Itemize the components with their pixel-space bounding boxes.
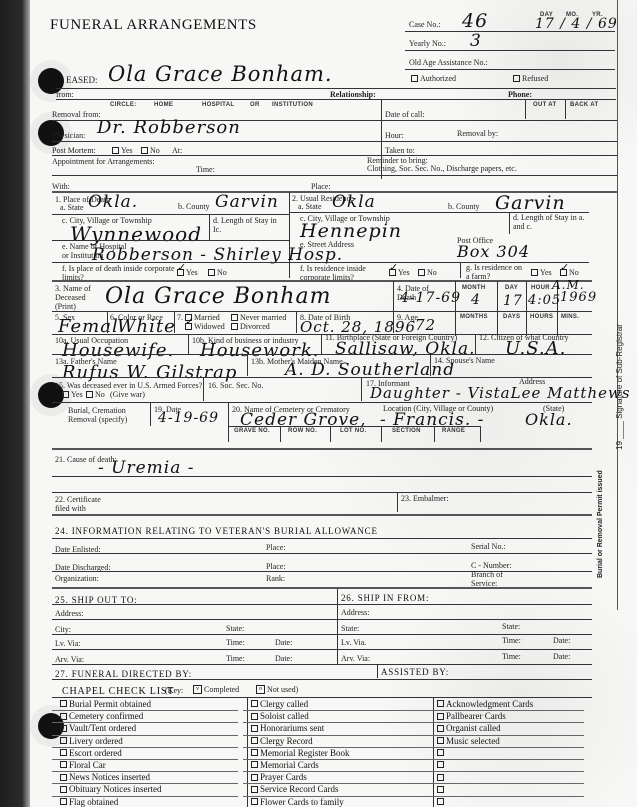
ship-in-arv-via-label: Arv. Via:	[341, 654, 370, 663]
armed-war-label: (Give war)	[110, 390, 145, 399]
checkbox-icon[interactable]	[251, 798, 258, 805]
checklist-label: Livery ordered	[69, 736, 123, 746]
res-state-label: a. State	[298, 202, 322, 211]
ship-in-state-label: State:	[341, 624, 359, 633]
checkbox-icon[interactable]	[437, 725, 444, 732]
res-city-value[interactable]: Hennepin	[300, 220, 402, 242]
checklist-item[interactable]: Floral Car	[60, 760, 106, 770]
checklist-item[interactable]: Vault/Tent ordered	[60, 723, 136, 733]
checklist-label: Flag obtained	[69, 797, 118, 807]
informant-value[interactable]: Daughter - VistaLee Matthews	[370, 384, 631, 402]
res-farm-yes[interactable]: Yes	[531, 268, 552, 277]
checkbox-icon[interactable]	[437, 774, 444, 781]
cause-value[interactable]: - Uremia -	[98, 458, 195, 478]
ship-in-lv-via-label: Lv. Via.	[341, 638, 366, 647]
checkbox-icon[interactable]	[437, 737, 444, 744]
death-stay-label: d. Length of Stay in Ic.	[213, 216, 283, 234]
checkbox-icon[interactable]	[60, 749, 67, 756]
checklist-label: Organist called	[446, 723, 501, 733]
discharged-place-label: Place:	[266, 562, 286, 571]
ship-in-state2-label: State:	[502, 622, 520, 631]
checkbox-icon[interactable]	[437, 749, 444, 756]
checklist-item[interactable]	[437, 760, 446, 770]
checklist-item[interactable]: Service Record Cards	[251, 784, 338, 794]
checkbox-icon[interactable]	[60, 761, 67, 768]
checklist-label: Floral Car	[69, 760, 106, 770]
yearly-no-label: Yearly No.:	[409, 39, 446, 48]
dod-month-header: MONTH	[462, 285, 486, 291]
row-no-header: ROW NO.	[288, 428, 317, 434]
checklist-item[interactable]: News Notices inserted	[60, 772, 150, 782]
ship-in-time2-label: Time:	[502, 652, 521, 661]
death-corporate-yes[interactable]: Yes	[177, 268, 198, 277]
res-farm-label: g. Is residence on a farm?	[466, 263, 526, 281]
place-label: Place:	[311, 182, 331, 191]
armed-no[interactable]: No	[86, 390, 105, 399]
res-state-value[interactable]: Okla	[332, 192, 376, 212]
checkbox-icon[interactable]	[60, 798, 67, 805]
checklist-label: Music selected	[446, 736, 500, 746]
checkbox-icon[interactable]	[251, 761, 258, 768]
appointment-label: Appointment for Arrangements:	[52, 157, 155, 166]
checklist-item[interactable]: Cemetery confirmed	[60, 711, 143, 721]
checklist-item[interactable]: Prayer Cards	[251, 772, 307, 782]
ship-out-address-label: Address:	[55, 609, 83, 618]
res-corporate-no[interactable]: No	[418, 268, 437, 277]
circle-home[interactable]: HOME	[154, 102, 173, 108]
checkbox-icon[interactable]	[251, 713, 258, 720]
enlisted-place-label: Place:	[266, 543, 286, 552]
checklist-key-open: (Key:	[165, 686, 183, 695]
dod-day-header: DAY	[505, 285, 518, 291]
deceased-name-print[interactable]: Ola Grace Bonham	[105, 284, 331, 309]
checklist-label: Escort ordered	[69, 748, 122, 758]
case-no-label: Case No.:	[409, 20, 441, 29]
circle-hospital[interactable]: HOSPITAL	[202, 102, 234, 108]
date-of-call-label: Date of call:	[385, 110, 425, 119]
checkbox-icon[interactable]	[251, 737, 258, 744]
checkbox-icon[interactable]	[60, 713, 67, 720]
marital-divorced[interactable]: Divorced	[231, 322, 270, 331]
checklist-label: Obituary Notices inserted	[69, 784, 161, 794]
removal-by-label: Removal by:	[457, 129, 498, 138]
death-corporate-no[interactable]: No	[208, 268, 227, 277]
res-farm-no[interactable]: No	[560, 268, 579, 277]
taken-to-label: Taken to:	[385, 146, 415, 155]
death-county-value[interactable]: Garvin	[215, 192, 279, 212]
dod-value[interactable]: 4-17-69	[400, 290, 461, 306]
checkbox-icon[interactable]	[251, 725, 258, 732]
checklist-item[interactable]: Memorial Cards	[251, 760, 319, 770]
physician-label: Physician:	[52, 131, 85, 140]
checklist-item[interactable]	[437, 797, 446, 807]
yearly-no-value[interactable]: 3	[470, 31, 482, 51]
checklist-item[interactable]: Burial Permit obtained	[60, 699, 151, 709]
back-at-label: BACK AT	[570, 102, 598, 108]
ship-out-state-label: State:	[226, 624, 244, 633]
ship-out-arv-via-label: Arv. Via:	[55, 655, 84, 664]
age-months-header: MONTHS	[460, 314, 488, 320]
checklist-item[interactable]	[437, 784, 446, 794]
ship-in-date2-label: Date:	[553, 652, 570, 661]
citizen-value[interactable]: U.S.A.	[505, 338, 566, 359]
old-age-label: Old Age Assistance No.:	[409, 58, 488, 67]
post-mortem-yes[interactable]: Yes	[112, 146, 133, 155]
checkbox-icon[interactable]	[60, 774, 67, 781]
branch-label: Branch of Service:	[471, 570, 521, 588]
checklist-item[interactable]: Flag obtained	[60, 797, 118, 807]
marital-never-married[interactable]: Never married	[231, 313, 286, 322]
veteran-heading: 24. INFORMATION RELATING TO VETERAN'S BU…	[55, 526, 378, 536]
res-stay-label: d. Length of Stay in a. and c.	[513, 213, 591, 231]
res-corporate-yes[interactable]: Yes	[389, 268, 410, 277]
death-county-label: b. County	[178, 202, 210, 211]
checkbox-icon[interactable]	[437, 700, 444, 707]
ship-out-city-label: City:	[55, 625, 71, 634]
death-state-value[interactable]: Okla.	[88, 192, 138, 212]
grave-no-header: GRAVE NO.	[234, 428, 270, 434]
checkbox-icon[interactable]	[251, 786, 258, 793]
dod-hour-value[interactable]: 4:05	[528, 293, 561, 308]
ship-in-time1-label: Time:	[502, 636, 521, 645]
case-no-value[interactable]: 46	[462, 10, 488, 32]
checkbox-icon[interactable]	[437, 713, 444, 720]
form-title: FUNERAL ARRANGEMENTS	[50, 17, 257, 34]
age-mins-header: MINS.	[561, 314, 579, 320]
checklist-item[interactable]: Pallbearer Cards	[437, 711, 506, 721]
checkbox-icon[interactable]	[437, 786, 444, 793]
dod-day-value[interactable]: 17	[503, 293, 523, 309]
ship-in-heading: 26. SHIP IN FROM:	[341, 593, 429, 603]
at-label: At:	[172, 146, 182, 155]
checklist-item[interactable]: Music selected	[437, 736, 500, 746]
lot-no-header: LOT NO.	[340, 428, 366, 434]
rank-label: Rank:	[266, 574, 285, 583]
res-street-label: e. Street Address	[300, 240, 354, 249]
ship-out-time2-label: Time:	[226, 654, 245, 663]
deceased-label: EASED:	[66, 76, 98, 85]
checklist-label: News Notices inserted	[69, 772, 150, 782]
circle-or: OR	[250, 102, 260, 108]
post-mortem-no[interactable]: No	[141, 146, 160, 155]
checklist-item[interactable]: Flower Cards to family	[251, 797, 344, 807]
checklist-item[interactable]: Clergy Record	[251, 736, 313, 746]
checklist-label: Clergy called	[260, 699, 308, 709]
checklist-label: Soloist called	[260, 711, 309, 721]
sub-registrar-signature[interactable]: 19 ____ Signature of Sub-Registrar	[615, 324, 624, 450]
checklist-label: Burial Permit obtained	[69, 699, 151, 709]
phone-label: Phone:	[508, 90, 532, 99]
checklist-label: Service Record Cards	[260, 784, 338, 794]
dod-month-value[interactable]: 4	[471, 292, 481, 308]
hour-label: Hour:	[385, 131, 404, 140]
time-label: Time:	[196, 165, 215, 174]
checkbox-icon[interactable]	[251, 700, 258, 707]
out-at-label: OUT AT	[533, 102, 556, 108]
checkbox-icon[interactable]	[437, 798, 444, 805]
with-label: With:	[52, 182, 70, 191]
funeral-arrangements-form: FUNERAL ARRANGEMENTS Case No.: 46 DAY MO…	[0, 0, 637, 807]
age-days-header: DAYS	[503, 314, 520, 320]
scan-edge	[0, 0, 30, 807]
checklist-title: CHAPEL CHECK LIST	[62, 686, 174, 697]
key-not-used: oNot used)	[256, 685, 298, 695]
ship-out-date2-label: Date:	[275, 654, 292, 663]
checkbox-icon[interactable]	[60, 737, 67, 744]
spouse-label: 14. Spouse's Name	[434, 356, 495, 365]
checklist-label: Acknowledgment Cards	[446, 699, 533, 709]
deceased-name-label: 3. Name of Deceased (Print)	[55, 284, 95, 311]
relationship-label: Relationship:	[330, 90, 376, 99]
marital-married[interactable]: 7. Married	[177, 313, 220, 322]
checklist-label: Memorial Register Book	[260, 748, 350, 758]
checkbox-icon[interactable]	[60, 786, 67, 793]
organization-label: Organization:	[55, 574, 99, 583]
checklist-item[interactable]: Clergy called	[251, 699, 308, 709]
section-header: SECTION	[392, 428, 421, 434]
directed-by-label: 27. FUNERAL DIRECTED BY:	[55, 669, 192, 679]
key-completed: vCompleted	[193, 685, 239, 695]
removal-from-label: Removal from:	[52, 110, 101, 119]
checkbox-icon[interactable]	[437, 761, 444, 768]
circle-label: CIRCLE:	[110, 102, 136, 108]
burial-type-label: Burial, Cremation Removal (specify)	[68, 406, 138, 424]
ssn-label: 16. Soc. Sec. No.	[208, 381, 263, 390]
ship-out-date1-label: Date:	[275, 638, 292, 647]
checklist-item[interactable]	[437, 772, 446, 782]
res-county-label: b. County	[448, 202, 480, 211]
post-mortem-label: Post Mortem:	[52, 146, 96, 155]
refused-checkbox[interactable]: Refused	[513, 74, 548, 83]
range-header: RANGE	[442, 428, 465, 434]
checklist-item[interactable]: Memorial Register Book	[251, 748, 350, 758]
death-state-label: a. State	[60, 203, 84, 212]
checklist-item[interactable]: Acknowledgment Cards	[437, 699, 533, 709]
checklist-item[interactable]: Soloist called	[251, 711, 309, 721]
checklist-item[interactable]: Livery ordered	[60, 736, 123, 746]
checklist-item[interactable]: Obituary Notices inserted	[60, 784, 161, 794]
res-county-value[interactable]: Garvin	[495, 192, 566, 214]
cemetery-value[interactable]: Ceder Grove,	[240, 410, 367, 430]
marital-widowed[interactable]: Widowed	[185, 322, 225, 331]
checkbox-icon[interactable]	[251, 749, 258, 756]
ship-in-address-label: Address:	[341, 608, 369, 617]
checklist-label: Memorial Cards	[260, 760, 319, 770]
res-post-office-value[interactable]: Box 304	[457, 242, 530, 261]
checklist-item[interactable]: Honorariums sent	[251, 723, 324, 733]
checkbox-icon[interactable]	[251, 774, 258, 781]
certificate-label: 22. Certificate filed with	[55, 495, 115, 513]
burial-date-value[interactable]: 4-19-69	[158, 410, 219, 426]
serial-no-label: Serial No.:	[471, 542, 506, 551]
deceased-name[interactable]: Ola Grace Bonham.	[108, 62, 333, 86]
cemetery-state-value[interactable]: Okla.	[525, 410, 573, 429]
ship-in-date1-label: Date:	[553, 636, 570, 645]
circle-institution[interactable]: INSTITUTION	[272, 102, 313, 108]
assisted-by-label: ASSISTED BY:	[381, 667, 449, 677]
checklist-label: Prayer Cards	[260, 772, 307, 782]
father-value[interactable]: Rufus W. Gilstrap	[62, 362, 237, 383]
checklist-item[interactable]: Organist called	[437, 723, 501, 733]
age-hours-header: HOURS	[530, 314, 553, 320]
authorized-checkbox[interactable]: Authorized	[411, 74, 456, 83]
checklist-label: Cemetery confirmed	[69, 711, 143, 721]
physician-value[interactable]: Dr. Robberson	[97, 117, 241, 138]
burial-permit-issued[interactable]: Burial or Removal Permit issued	[597, 470, 604, 578]
checkbox-icon[interactable]	[60, 700, 67, 707]
checklist-item[interactable]: Escort ordered	[60, 748, 122, 758]
ship-out-time1-label: Time:	[226, 638, 245, 647]
checklist-label: Clergy Record	[260, 736, 313, 746]
armed-forces-label: 15. Was deceased ever in U.S. Armed Forc…	[55, 381, 202, 390]
checklist-item[interactable]	[437, 748, 446, 758]
location-value[interactable]: - Francis. -	[380, 410, 484, 430]
c-number-label: C - Number:	[471, 561, 511, 570]
age-value[interactable]: 72	[415, 316, 436, 334]
date-value[interactable]: 17 / 4 / 69	[535, 16, 618, 32]
checklist-label: Pallbearer Cards	[446, 711, 506, 721]
checklist-label: Flower Cards to family	[260, 797, 344, 807]
checklist-label: Honorariums sent	[260, 723, 324, 733]
armed-yes[interactable]: Yes	[62, 390, 83, 399]
checklist-label: Vault/Tent ordered	[69, 723, 136, 733]
dod-year-value[interactable]: 1969	[560, 290, 597, 305]
ship-out-lv-via-label: Lv. Via:	[55, 639, 81, 648]
call-from-label: from:	[56, 90, 74, 99]
dod-hour-header: HOUR	[531, 285, 550, 291]
reminder-items: Clothing, Soc. Sec. No., Discharge paper…	[367, 164, 517, 173]
embalmer-label: 23. Embalmer:	[401, 494, 449, 503]
checkbox-icon[interactable]	[60, 725, 67, 732]
